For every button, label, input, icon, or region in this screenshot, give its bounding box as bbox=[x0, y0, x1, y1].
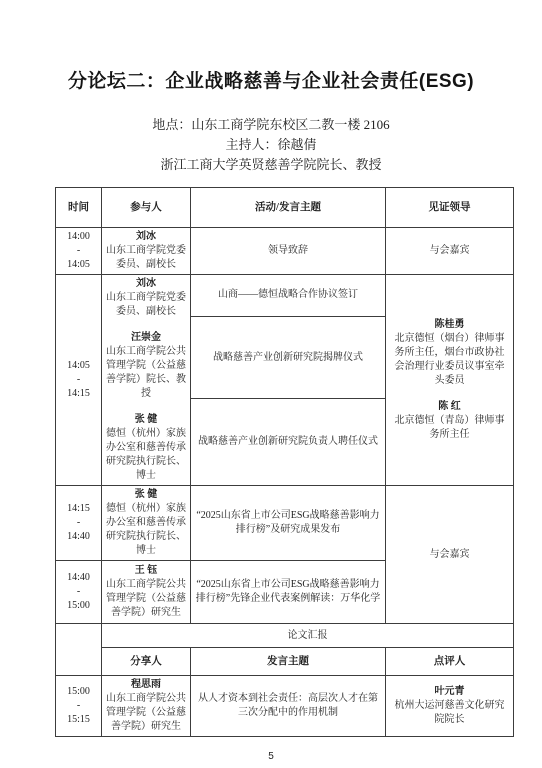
col-header-topic: 发言主题 bbox=[191, 648, 386, 676]
activity-cell: “2025山东省上市公司ESG战略慈善影响力排行榜”先锋企业代表案例解读：万华化… bbox=[191, 561, 386, 624]
person: 张 健 德恒（杭州）家族办公室和慈善传承研究院执行院长、博士 bbox=[106, 413, 186, 483]
time-cell: 15:00 - 15:15 bbox=[56, 676, 102, 737]
person-name: 汪崇金 bbox=[106, 331, 186, 345]
row-ranking-release: 14:15 - 14:40 张 健 德恒（杭州）家族办公室和慈善传承研究院执行院… bbox=[56, 486, 514, 561]
person-desc: 山东工商学院党委委员、副校长 bbox=[106, 244, 186, 272]
table-header-row: 时间 参与人 活动/发言主题 见证领导 bbox=[56, 188, 514, 228]
document-page: 分论坛二：企业战略慈善与企业社会责任(ESG) 地点：山东工商学院东校区二教一楼… bbox=[0, 0, 542, 768]
participant-cell: 刘冰 山东工商学院党委委员、副校长 汪崇金 山东工商学院公共管理学院（公益慈善学… bbox=[102, 275, 191, 486]
time-cell: 14:15 - 14:40 bbox=[56, 486, 102, 561]
leader-cell: 陈桂勇 北京德恒（烟台）律师事务所主任，烟台市政协社会治理行业委员议事室牵头委员… bbox=[386, 275, 514, 486]
page-number: 5 bbox=[0, 751, 542, 762]
person-name: 刘冰 bbox=[106, 277, 186, 291]
activity-cell: 领导致辞 bbox=[191, 228, 386, 275]
row-ceremony-signing: 14:05 - 14:15 刘冰 山东工商学院党委委员、副校长 汪崇金 山东工商… bbox=[56, 275, 514, 317]
col-header-leader: 见证领导 bbox=[386, 188, 514, 228]
time-cell: 14:00 - 14:05 bbox=[56, 228, 102, 275]
session-meta: 地点：山东工商学院东校区二教一楼 2106 主持人：徐越倩 浙江工商大学英贤慈善… bbox=[0, 115, 542, 175]
participant-cell: 王 钰 山东工商学院公共管理学院（公益慈善学院）研究生 bbox=[102, 561, 191, 624]
row-paper-session-break: 论文汇报 bbox=[56, 624, 514, 648]
person-name: 王 钰 bbox=[106, 564, 186, 578]
person-desc: 德恒（杭州）家族办公室和慈善传承研究院执行院长、博士 bbox=[106, 427, 186, 483]
col-header-commentator: 点评人 bbox=[386, 648, 514, 676]
col-header-participant: 参与人 bbox=[102, 188, 191, 228]
person: 刘冰 山东工商学院党委委员、副校长 bbox=[106, 230, 186, 272]
person-desc: 北京德恒（青岛）律师事务所主任 bbox=[390, 414, 509, 442]
time-cell: 14:40 - 15:00 bbox=[56, 561, 102, 624]
moderator-line: 主持人：徐越倩 bbox=[0, 135, 542, 155]
leader-cell: 与会嘉宾 bbox=[386, 228, 514, 275]
leader-cell: 与会嘉宾 bbox=[386, 486, 514, 624]
row-opening-speech: 14:00 - 14:05 刘冰 山东工商学院党委委员、副校长 领导致辞 与会嘉… bbox=[56, 228, 514, 275]
person: 陈桂勇 北京德恒（烟台）律师事务所主任，烟台市政协社会治理行业委员议事室牵头委员 bbox=[390, 318, 509, 388]
col-header-time: 时间 bbox=[56, 188, 102, 228]
table-subheader-row: 分享人 发言主题 点评人 bbox=[56, 648, 514, 676]
activity-cell: 山商——德恒战略合作协议签订 bbox=[191, 275, 386, 317]
person: 王 钰 山东工商学院公共管理学院（公益慈善学院）研究生 bbox=[106, 564, 186, 620]
activity-cell: 战略慈善产业创新研究院揭牌仪式 bbox=[191, 316, 386, 399]
person-desc: 山东工商学院公共管理学院（公益慈善学院）研究生 bbox=[106, 578, 186, 620]
person-name: 程思雨 bbox=[106, 678, 186, 692]
person: 刘冰 山东工商学院党委委员、副校长 bbox=[106, 277, 186, 319]
person-name: 陈桂勇 bbox=[390, 318, 509, 332]
participant-cell: 刘冰 山东工商学院党委委员、副校长 bbox=[102, 228, 191, 275]
person-name: 叶元青 bbox=[390, 685, 509, 699]
col-header-sharer: 分享人 bbox=[102, 648, 191, 676]
person: 汪崇金 山东工商学院公共管理学院（公益慈善学院）院长、教授 bbox=[106, 331, 186, 401]
col-header-activity: 活动/发言主题 bbox=[191, 188, 386, 228]
person-name: 张 健 bbox=[106, 413, 186, 427]
person-name: 陈 红 bbox=[390, 400, 509, 414]
person-desc: 山东工商学院公共管理学院（公益慈善学院）院长、教授 bbox=[106, 345, 186, 401]
person-name: 张 健 bbox=[106, 488, 186, 502]
activity-cell: 战略慈善产业创新研究院负责人聘任仪式 bbox=[191, 399, 386, 486]
section-label: 论文汇报 bbox=[102, 624, 514, 648]
person-name: 刘冰 bbox=[106, 230, 186, 244]
person-desc: 杭州大运河慈善文化研究院院长 bbox=[390, 699, 509, 727]
activity-cell: “2025山东省上市公司ESG战略慈善影响力排行榜”及研究成果发布 bbox=[191, 486, 386, 561]
page-title: 分论坛二：企业战略慈善与企业社会责任(ESG) bbox=[0, 0, 542, 93]
time-cell-empty bbox=[56, 624, 102, 676]
location-line: 地点：山东工商学院东校区二教一楼 2106 bbox=[0, 115, 542, 135]
time-cell: 14:05 - 14:15 bbox=[56, 275, 102, 486]
person-desc: 北京德恒（烟台）律师事务所主任，烟台市政协社会治理行业委员议事室牵头委员 bbox=[390, 332, 509, 388]
person: 程思雨 山东工商学院公共管理学院（公益慈善学院）研究生 bbox=[106, 678, 186, 734]
person: 张 健 德恒（杭州）家族办公室和慈善传承研究院执行院长、博士 bbox=[106, 488, 186, 558]
agenda-table: 时间 参与人 活动/发言主题 见证领导 14:00 - 14:05 刘冰 山东工… bbox=[55, 187, 514, 737]
leader-cell: 叶元青 杭州大运河慈善文化研究院院长 bbox=[386, 676, 514, 737]
person-desc: 山东工商学院公共管理学院（公益慈善学院）研究生 bbox=[106, 692, 186, 734]
person-desc: 山东工商学院党委委员、副校长 bbox=[106, 291, 186, 319]
participant-cell: 张 健 德恒（杭州）家族办公室和慈善传承研究院执行院长、博士 bbox=[102, 486, 191, 561]
activity-cell: 从人才资本到社会责任：高层次人才在第三次分配中的作用机制 bbox=[191, 676, 386, 737]
row-paper-presentation: 15:00 - 15:15 程思雨 山东工商学院公共管理学院（公益慈善学院）研究… bbox=[56, 676, 514, 737]
participant-cell: 程思雨 山东工商学院公共管理学院（公益慈善学院）研究生 bbox=[102, 676, 191, 737]
person: 陈 红 北京德恒（青岛）律师事务所主任 bbox=[390, 400, 509, 442]
person-desc: 德恒（杭州）家族办公室和慈善传承研究院执行院长、博士 bbox=[106, 502, 186, 558]
person: 叶元青 杭州大运河慈善文化研究院院长 bbox=[390, 685, 509, 727]
moderator-title-line: 浙江工商大学英贤慈善学院院长、教授 bbox=[0, 155, 542, 175]
